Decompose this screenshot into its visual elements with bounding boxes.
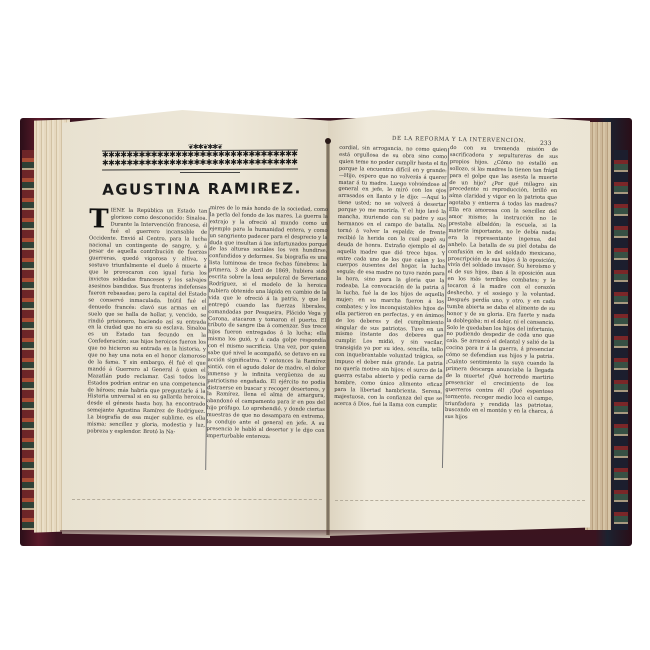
- right-page-column-2: do con su tremenda misión de sacrificado…: [444, 145, 558, 469]
- cover-marbled-edge-right: [614, 150, 628, 530]
- left-page-column-2: mires de lo más hondo de la sociedad, co…: [206, 205, 328, 471]
- page-fold-line-right: [335, 500, 585, 501]
- ornament-underline: [180, 168, 240, 173]
- book-photo: ❦✱✱❦✱✱❦ ✱✱✱✱✱✱✱✱✱✱✱✱✱✱✱✱✱✱✱✱✱✱✱✱✱✱✱✱✱✱✱✱…: [0, 0, 650, 650]
- ornament-row-2: ✱✱✱✱✱✱✱✱✱✱✱✱✱✱✱✱✱✱✱✱✱✱✱✱✱✱✱✱✱✱✱✱✱✱✱✱✱✱: [102, 158, 298, 167]
- left-column-2-text: mires de lo más hondo de la sociedad, co…: [206, 205, 328, 440]
- book-bottom-shadow: [60, 530, 590, 540]
- spine-top: [325, 138, 331, 144]
- book-gutter: [326, 140, 330, 535]
- right-column-1-text: cordial, sin arrogancia, no como quien e…: [334, 145, 447, 409]
- page-fold-line-left: [72, 499, 322, 500]
- right-column-2-text: do con su tremenda misión de sacrificado…: [445, 145, 558, 421]
- left-page-column-1: T IENE la República un Estado tan glorio…: [87, 207, 208, 470]
- chapter-title: AGUSTINA RAMIREZ.: [92, 179, 312, 199]
- right-page-column-1: cordial, sin arrogancia, no como quien e…: [333, 145, 448, 467]
- drop-cap: T: [89, 208, 109, 230]
- left-column-1-text: IENE la República un Estado tan glorioso…: [87, 208, 207, 436]
